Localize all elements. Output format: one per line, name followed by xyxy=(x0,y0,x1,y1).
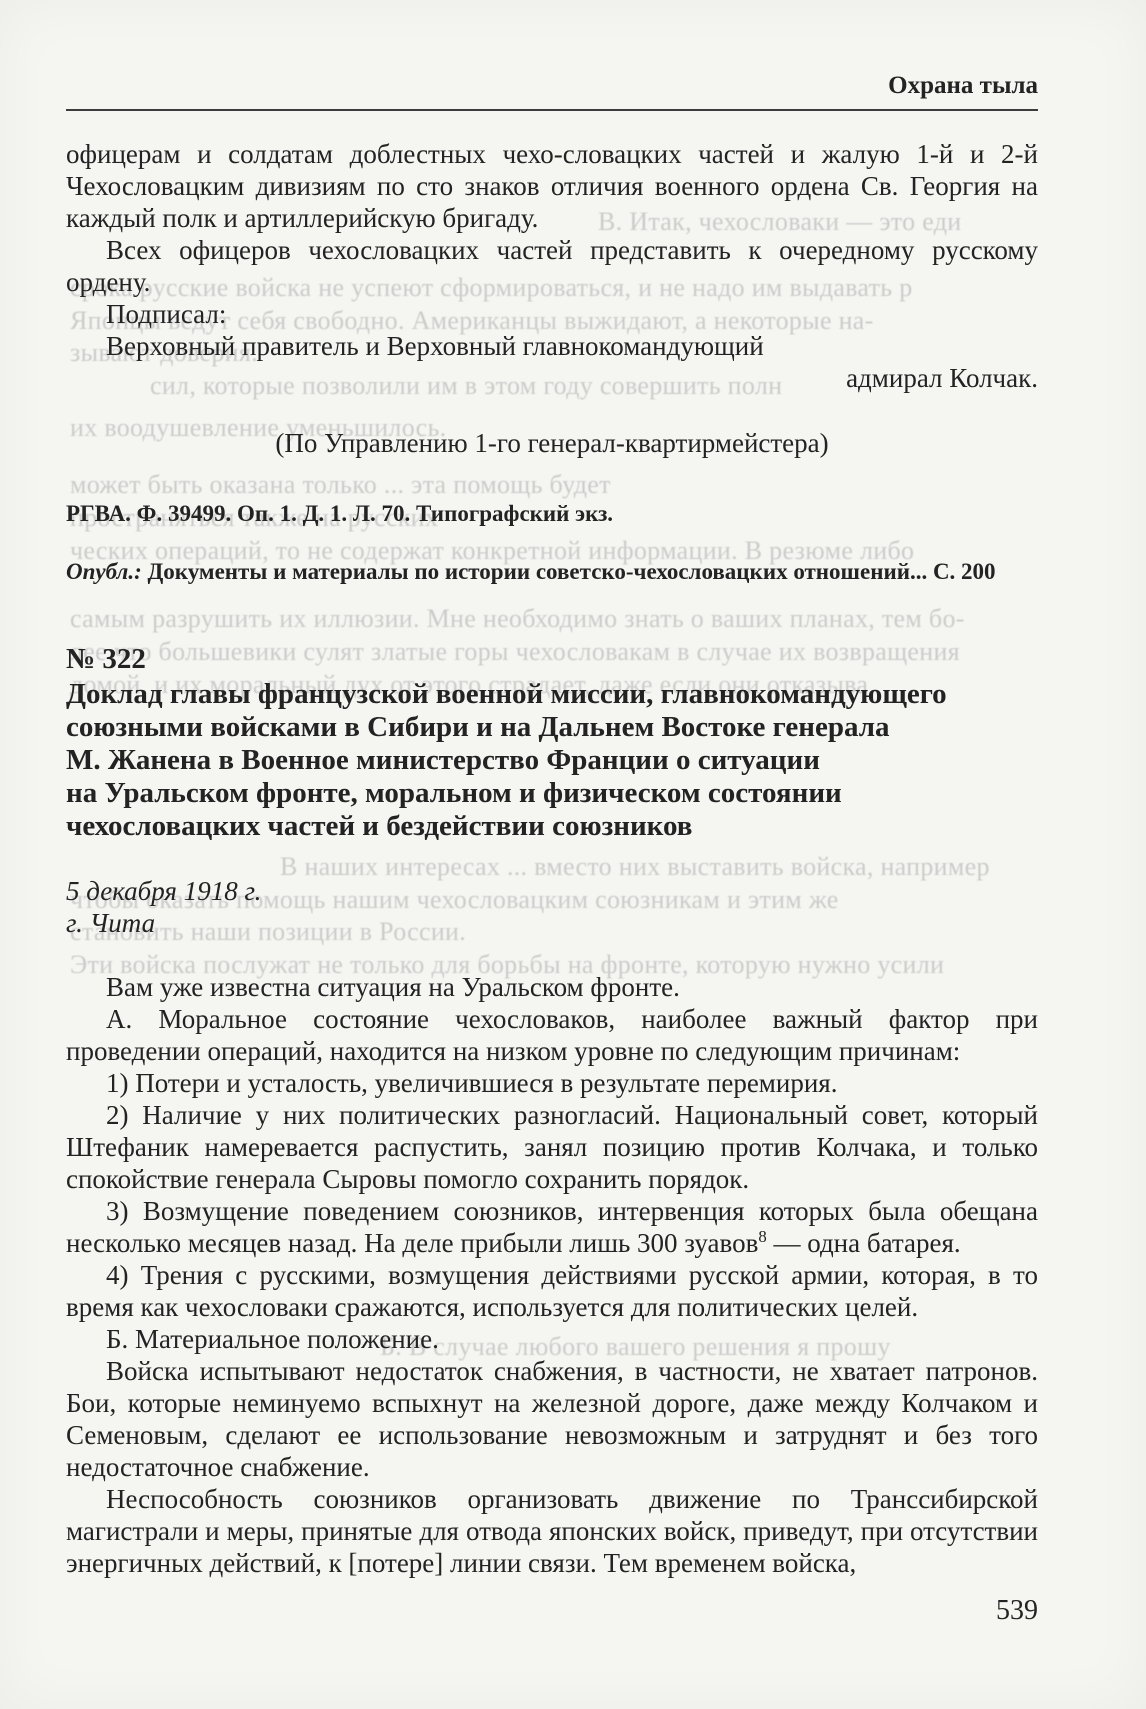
body-paragraph: 4) Трения с русскими, возмущения действи… xyxy=(66,1259,1038,1323)
body-paragraph: Неспособность союзников организовать дви… xyxy=(66,1483,1038,1579)
header-rule xyxy=(66,109,1038,111)
page-number: 539 xyxy=(66,1595,1038,1627)
body-paragraph-zouaves: 3) Возмущение поведением союзников, инте… xyxy=(66,1195,1038,1259)
order-paragraph: Всех офицеров чехословацких частей предс… xyxy=(66,234,1038,298)
body-paragraph: Войска испытывают недостаток снабжения, … xyxy=(66,1355,1038,1483)
title-line: на Уральском фронте, моральном и физичес… xyxy=(66,777,1038,810)
text-column: Охрана тыла офицерам и солдатам доблестн… xyxy=(66,0,1038,1627)
body-paragraph: Б. Материальное положение. xyxy=(66,1323,1038,1355)
footnote-marker: 8 xyxy=(758,1227,766,1246)
document-body: Вам уже известна ситуация на Уральском ф… xyxy=(66,971,1038,1579)
signed-label: Подписал: xyxy=(66,298,1038,330)
title-line: М. Жанена в Военное министерство Франции… xyxy=(66,744,1038,777)
document-date: 5 декабря 1918 г. xyxy=(66,875,1038,907)
published-reference-text: Документы и материалы по истории советск… xyxy=(142,559,996,584)
previous-document-ending: офицерам и солдатам доблестных чехо-слов… xyxy=(66,138,1038,585)
body-paragraph: А. Моральное состояние чехословаков, наи… xyxy=(66,1003,1038,1067)
document-322: № 322 Доклад главы французской военной м… xyxy=(66,643,1038,1627)
archive-reference: РГВА. Ф. 39499. Оп. 1. Д. 1. Л. 70. Типо… xyxy=(66,500,1038,527)
attribution-line: (По Управлению 1-го генерал-квартирмейст… xyxy=(66,427,1038,459)
order-continuation-paragraph: офицерам и солдатам доблестных чехо-слов… xyxy=(66,138,1038,234)
title-line: союзными войсками в Сибири и на Дальнем … xyxy=(66,711,1038,744)
running-header: Охрана тыла xyxy=(66,72,1038,100)
published-reference: Опубл.: Документы и материалы по истории… xyxy=(66,558,1038,585)
document-number: № 322 xyxy=(66,643,1038,676)
body-paragraph: 2) Наличие у них политических разногласи… xyxy=(66,1099,1038,1195)
signer-title: Верховный правитель и Верховный главноко… xyxy=(66,330,1038,362)
body-paragraph: 1) Потери и усталость, увеличившиеся в р… xyxy=(66,1067,1038,1099)
title-line: Доклад главы французской военной миссии,… xyxy=(66,678,1038,711)
scanned-book-page: В. Итак, чехословаки — это еди срока рус… xyxy=(0,0,1146,1709)
published-label: Опубл.: xyxy=(66,559,142,584)
document-title: Доклад главы французской военной миссии,… xyxy=(66,678,1038,843)
body-paragraph: Вам уже известна ситуация на Уральском ф… xyxy=(66,971,1038,1003)
zouave-text-post: — одна батарея. xyxy=(767,1228,961,1258)
document-place: г. Чита xyxy=(66,907,1038,939)
title-line: чехословацких частей и бездействии союзн… xyxy=(66,810,1038,843)
signature: адмирал Колчак. xyxy=(66,362,1038,394)
